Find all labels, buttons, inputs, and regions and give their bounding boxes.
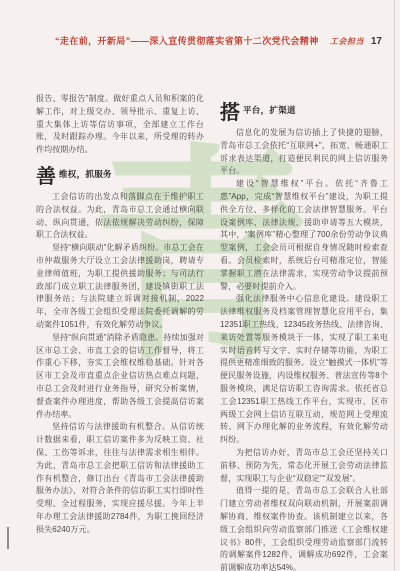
header-title: “走在前，开新局”——深入宣传贯彻落实省第十二次党代会精神 [55, 34, 319, 47]
scan-artifact [7, 527, 9, 549]
paragraph: 坚持“横向联动”化解矛盾纠纷。市总工会在市仲裁服务大厅设立工会法律援助岗，聘请专… [36, 242, 204, 332]
drop-cap-shan: 善 [36, 166, 56, 186]
section-heading-weiquan: 善 维权，抓服务 [36, 166, 204, 186]
header-right: 工会担当 17 [330, 36, 382, 47]
left-column: 报告、零报告”制度。做好重点人员和积案的化解工作，对上级交办、领导批示、重复上访… [36, 93, 204, 571]
section-heading-pingtai: 搭 平台，扩渠道 [220, 102, 388, 122]
paragraph: 值得一提的是，青岛市总工会联合人社部门建立劳动者维权双向联动机制，开展案前调解协… [220, 485, 388, 571]
paragraph: 强化法律服务中心信息化建设。建设职工法律维权服务及档案管理智慧化应用平台，集12… [220, 293, 388, 447]
text-columns: 报告、零报告”制度。做好重点人员和积案的化解工作，对上级交办、领导批示、重复上访… [36, 93, 388, 571]
section-heading-label: 维权，抓服务 [59, 168, 112, 180]
paragraph: 坚持信访与法律援助有机整合。从信访统计数据来看，职工信访案件多为反映工资、社保、… [36, 421, 204, 536]
paragraph: 建设“智慧维权”平台。依托“齐鲁工惠”App，完成“智慧维权平台”建设，为职工提… [220, 178, 388, 293]
page-header: “走在前，开新局”——深入宣传贯彻落实省第十二次党代会精神 工会担当 17 [55, 34, 382, 47]
paragraph: 工会信访的出发点和落脚点在于维护职工的合法权益。为此，青岛市总工会通过横向联动、… [36, 191, 204, 242]
drop-cap-da: 搭 [220, 102, 240, 122]
right-column: 搭 平台，扩渠道 信息化的发展为信访插上了快捷的翅膀，青岛市总工会依托“互联网+… [220, 93, 388, 571]
section-heading-label: 平台，扩渠道 [243, 104, 296, 116]
page-edge-line [394, 0, 395, 571]
paragraph: 为把信访办好，青岛市总工会还坚持关口前移、预防为先，常态化开展工会劳动法律监督，… [220, 447, 388, 485]
paragraph-continuation: 报告、零报告”制度。做好重点人员和积案的化解工作，对上级交办、领导批示、重复上访… [36, 93, 204, 157]
page-number: 17 [371, 36, 382, 47]
paragraph: 坚持“纵向贯通”消除矛盾隐患。持续加强对区市总工会、市直工会的信访工作督导，将工… [36, 332, 204, 422]
paragraph: 信息化的发展为信访插上了快捷的翅膀，青岛市总工会依托“互联网+”，拓宽、畅通职工… [220, 127, 388, 178]
magazine-logo: 工会担当 [330, 36, 364, 47]
magazine-page: 青 “走在前，开新局”——深入宣传贯彻落实省第十二次党代会精神 工会担当 17 … [0, 0, 400, 571]
